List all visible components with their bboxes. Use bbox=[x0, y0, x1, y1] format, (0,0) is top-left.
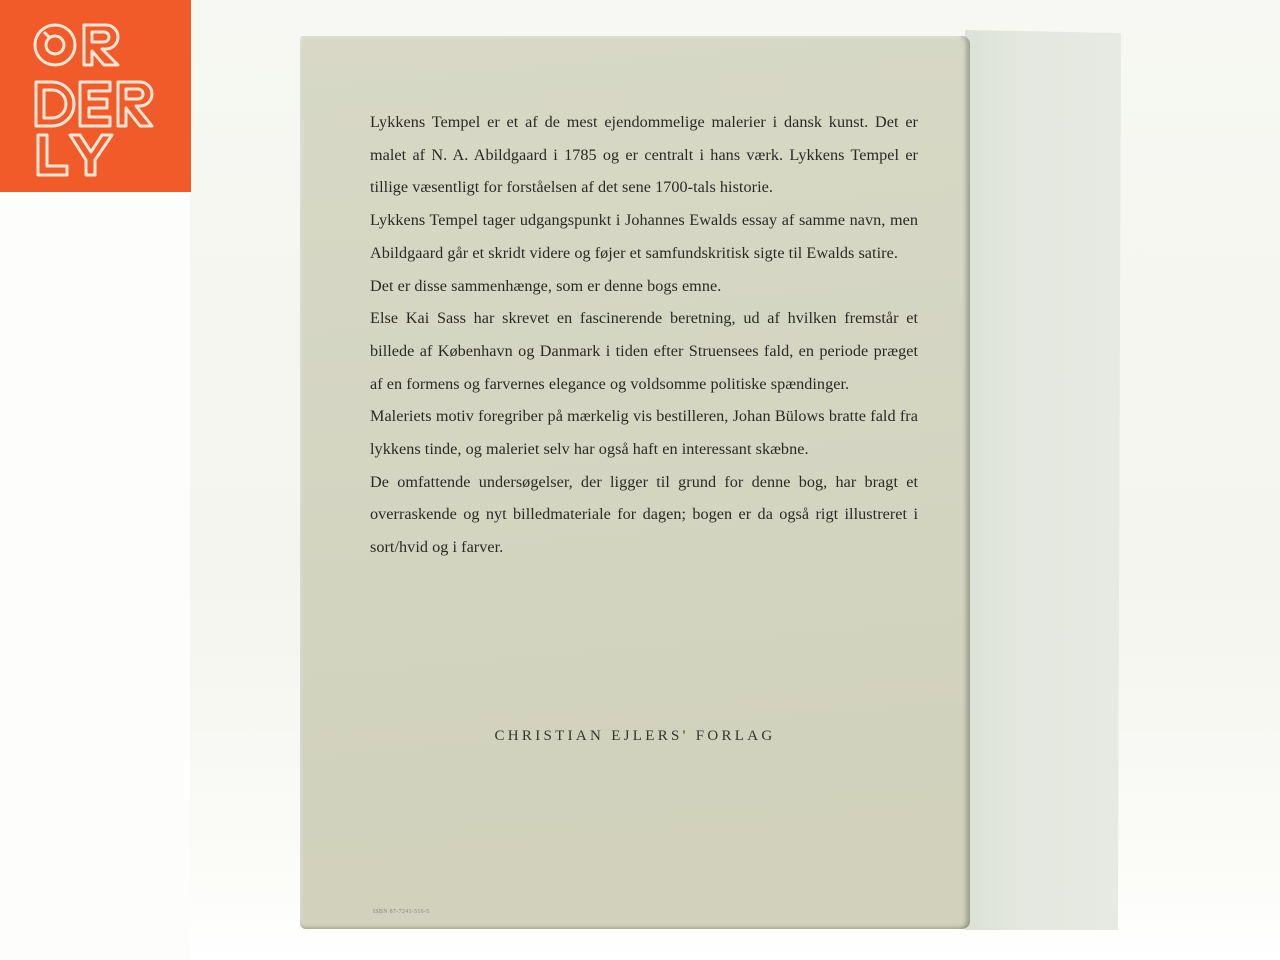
blurb-paragraph: Det er disse sammenhænge, som er denne b… bbox=[370, 270, 918, 303]
book-blurb: Lykkens Tempel er et af de mest ejendomm… bbox=[370, 106, 918, 564]
blurb-paragraph: Lykkens Tempel tager udgangspunkt i Joha… bbox=[370, 204, 918, 269]
book-back-cover: Lykkens Tempel er et af de mest ejendomm… bbox=[300, 36, 970, 929]
orderly-logo bbox=[0, 0, 191, 192]
blurb-paragraph: Else Kai Sass har skrevet en fascinerend… bbox=[370, 302, 918, 400]
book-box-back bbox=[965, 30, 1121, 930]
orderly-logo-icon bbox=[0, 0, 191, 192]
blurb-paragraph: De omfattende undersøgelser, der ligger … bbox=[370, 466, 918, 564]
blurb-paragraph: Lykkens Tempel er et af de mest ejendomm… bbox=[370, 106, 918, 204]
publisher-name: CHRISTIAN EJLERS' FORLAG bbox=[300, 728, 970, 745]
blurb-paragraph: Maleriets motiv foregriber på mærkelig v… bbox=[370, 400, 918, 465]
isbn-label: ISBN 87-7241-516-5 bbox=[373, 909, 430, 915]
